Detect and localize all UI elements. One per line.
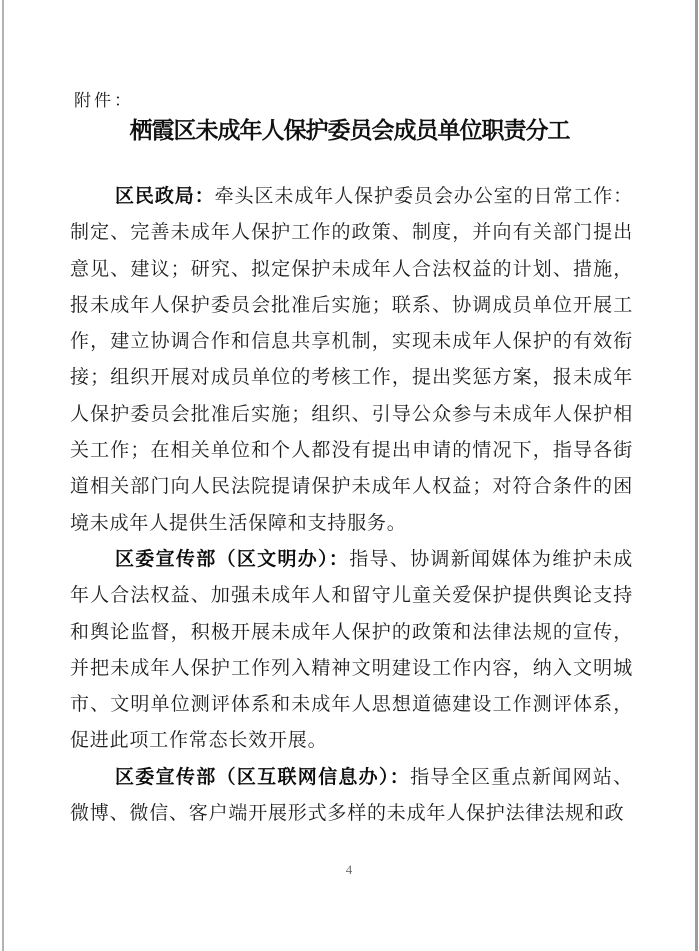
paragraph: 区委宣传部（区文明办）：指导、协调新闻媒体为维护未成年人合法权益、加强未成年人和… xyxy=(70,542,633,760)
document-page: 附件： 栖霞区未成年人保护委员会成员单位职责分工 区民政局：牵头区未成年人保护委… xyxy=(0,0,699,951)
paragraph: 区民政局：牵头区未成年人保护委员会办公室的日常工作：制定、完善未成年人保护工作的… xyxy=(70,179,633,542)
paragraph-text: 指导、协调新闻媒体为维护未成年人合法权益、加强未成年人和留守儿童关爱保护提供舆论… xyxy=(70,549,633,751)
page-number: 4 xyxy=(0,862,699,878)
document-body: 区民政局：牵头区未成年人保护委员会办公室的日常工作：制定、完善未成年人保护工作的… xyxy=(70,179,633,832)
department-name: 区民政局： xyxy=(115,186,215,207)
paragraph-text: 牵头区未成年人保护委员会办公室的日常工作：制定、完善未成年人保护工作的政策、制度… xyxy=(70,186,633,534)
department-name: 区委宣传部（区互联网信息办）： xyxy=(115,767,410,788)
paragraph: 区委宣传部（区互联网信息办）：指导全区重点新闻网站、微博、微信、客户端开展形式多… xyxy=(70,760,633,833)
document-title: 栖霞区未成年人保护委员会成员单位职责分工 xyxy=(0,112,699,145)
department-name: 区委宣传部（区文明办）： xyxy=(115,549,349,570)
attachment-label: 附件： xyxy=(74,86,134,111)
